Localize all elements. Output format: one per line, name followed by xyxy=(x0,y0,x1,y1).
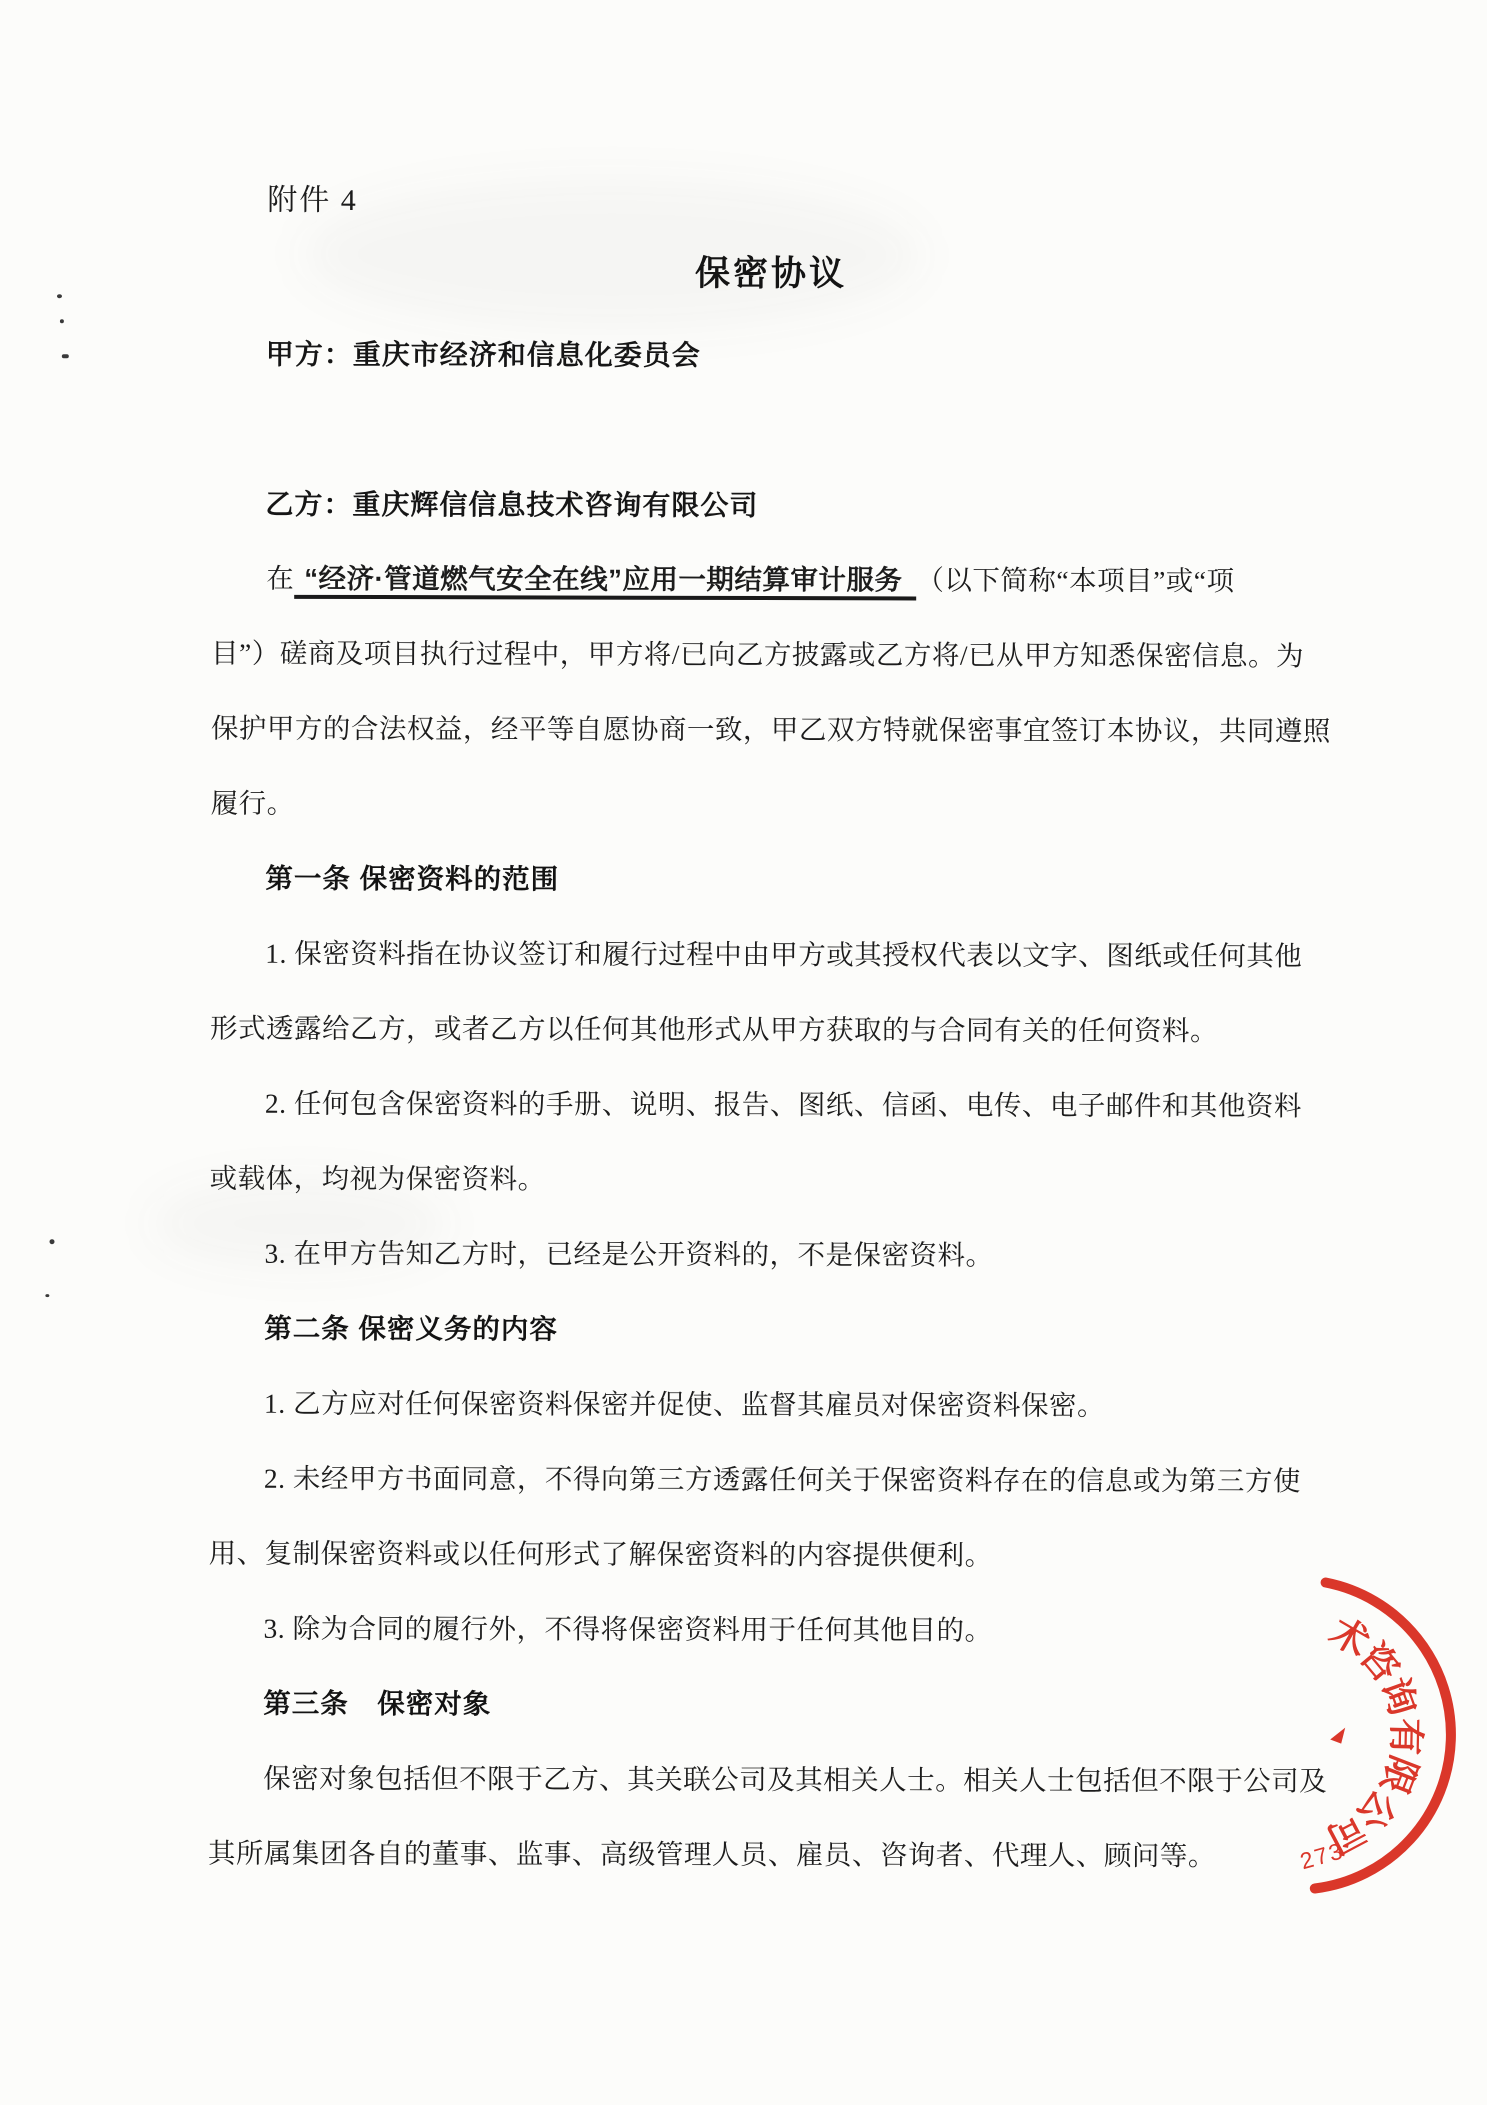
article-1-item-2-line-2: 或载体，均视为保密资料。 xyxy=(210,1141,1295,1219)
article-1-item-2-line-1: 2. 任何包含保密资料的手册、说明、报告、图纸、信函、电传、电子邮件和其他资料 xyxy=(210,1066,1295,1144)
intro-line-1: 在“经济·管道燃气安全在线”应用一期结算审计服务（以下简称“本项目”或“项 xyxy=(211,541,1296,619)
article-1-item-1-line-2: 形式透露给乙方，或者乙方以任何其他形式从甲方获取的与合同有关的任何资料。 xyxy=(210,991,1295,1069)
article-1-item-3: 3. 在甲方告知乙方时，已经是公开资料的，不是保密资料。 xyxy=(209,1216,1294,1294)
scan-speck xyxy=(49,1239,54,1244)
article-2-heading: 第二条 保密义务的内容 xyxy=(209,1291,1294,1369)
scanned-document-page: 附件 4 保密协议 甲方：重庆市经济和信息化委员会 乙方：重庆辉信信息技术咨询有… xyxy=(0,0,1487,2105)
intro-line-3: 保护甲方的合法权益，经平等自愿协商一致，甲乙双方特就保密事宜签订本协议，共同遵照 xyxy=(211,691,1296,769)
seal-ink-mark xyxy=(1330,1728,1345,1744)
article-2-item-1: 1. 乙方应对任何保密资料保密并促使、监督其雇员对保密资料保密。 xyxy=(209,1366,1294,1444)
seal-arc-char: 有 xyxy=(1385,1718,1427,1756)
scan-speck xyxy=(62,354,69,358)
party-a-line: 甲方：重庆市经济和信息化委员会 xyxy=(266,333,701,374)
seal-serial-number: 273 xyxy=(1297,1837,1347,1874)
intro-line-4: 履行。 xyxy=(211,766,1296,844)
intro-line-1-tail: （以下简称“本项目”或“项 xyxy=(916,564,1234,596)
intro-lead: 在 xyxy=(266,563,294,594)
intro-line-2: 目”）磋商及项目执行过程中，甲方将/已向乙方披露或乙方将/已从甲方知悉保密信息。… xyxy=(211,616,1296,694)
scan-speck xyxy=(60,319,64,323)
company-seal-stamp: 术 咨 询 有 限 公 司 273 xyxy=(1128,1569,1479,1910)
scan-speck xyxy=(45,1294,49,1297)
scan-speck xyxy=(57,294,62,298)
article-1-heading: 第一条 保密资料的范围 xyxy=(210,841,1295,919)
party-b-line: 乙方：重庆辉信信息技术咨询有限公司 xyxy=(265,483,758,524)
article-1-item-1-line-1: 1. 保密资料指在协议签订和履行过程中由甲方或其授权代表以文字、图纸或任何其他 xyxy=(210,916,1295,994)
attachment-label: 附件 4 xyxy=(267,175,358,219)
project-name-underlined: “经济·管道燃气安全在线”应用一期结算审计服务 xyxy=(294,563,916,601)
article-2-item-2-line-1: 2. 未经甲方书面同意，不得向第三方透露任何关于保密资料存在的信息或为第三方使 xyxy=(209,1441,1294,1519)
document-title: 保密协议 xyxy=(695,246,847,296)
